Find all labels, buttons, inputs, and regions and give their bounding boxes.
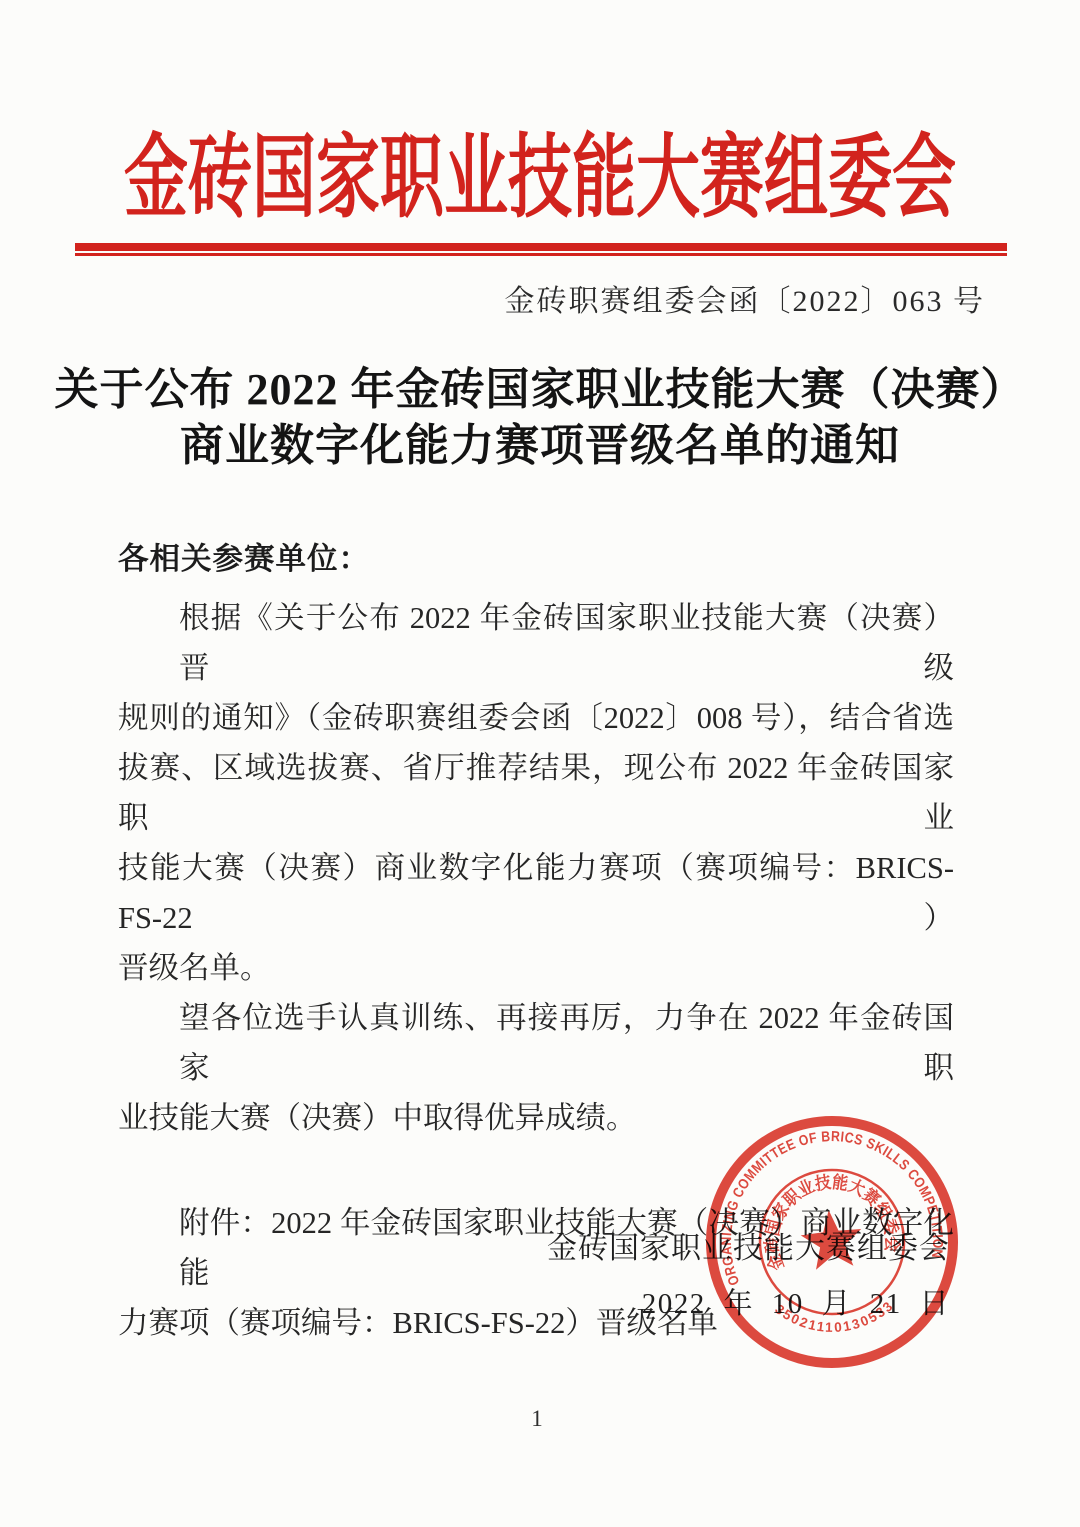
body-line: 望各位选手认真训练、再接再厉，力争在 2022 年金砖国家职 [118,993,954,1093]
seal-english-text: ORGANIZING COMMITTEE OF BRICS SKILLS COM… [708,1118,948,1288]
letterhead-org-title: 金砖国家职业技能大赛组委会 [0,133,1080,224]
notice-title: 关于公布 2022 年金砖国家职业技能大赛（决赛） 商业数字化能力赛项晋级名单的… [0,362,1080,474]
notice-title-line1: 关于公布 2022 年金砖国家职业技能大赛（决赛） [0,362,1080,418]
page-number: 1 [0,1406,1074,1432]
svg-text:ORGANIZING COMMITTEE OF BRICS: ORGANIZING COMMITTEE OF BRICS SKILLS COM… [708,1118,948,1288]
body-line: 晋级名单。 [118,943,954,993]
notice-title-line2: 商业数字化能力赛项晋级名单的通知 [0,418,1080,474]
document-page: 金砖国家职业技能大赛组委会 金砖职赛组委会函〔2022〕063 号 关于公布 2… [0,0,1080,1527]
letterhead-divider-thin-line [75,253,1007,256]
body-line: 规则的通知》（金砖职赛组委会函〔2022〕008 号），结合省选 [118,693,954,743]
seal-star-icon [798,1207,865,1271]
paragraph-1: 根据《关于公布 2022 年金砖国家职业技能大赛（决赛）晋级 规则的通知》（金砖… [118,593,954,993]
body-line: 拔赛、区域选拔赛、省厅推荐结果，现公布 2022 年金砖国家职业 [118,743,954,843]
letterhead-divider-thick-line [75,243,1007,251]
salutation: 各相关参赛单位： [118,534,954,584]
document-reference-number: 金砖职赛组委会函〔2022〕063 号 [505,284,986,320]
body-line: 技能大赛（决赛）商业数字化能力赛项（赛项编号：BRICS-FS-22） [118,843,954,943]
body-line: 根据《关于公布 2022 年金砖国家职业技能大赛（决赛）晋级 [118,593,954,693]
official-seal: ORGANIZING COMMITTEE OF BRICS SKILLS COM… [702,1112,962,1372]
letterhead-divider [75,243,1007,256]
